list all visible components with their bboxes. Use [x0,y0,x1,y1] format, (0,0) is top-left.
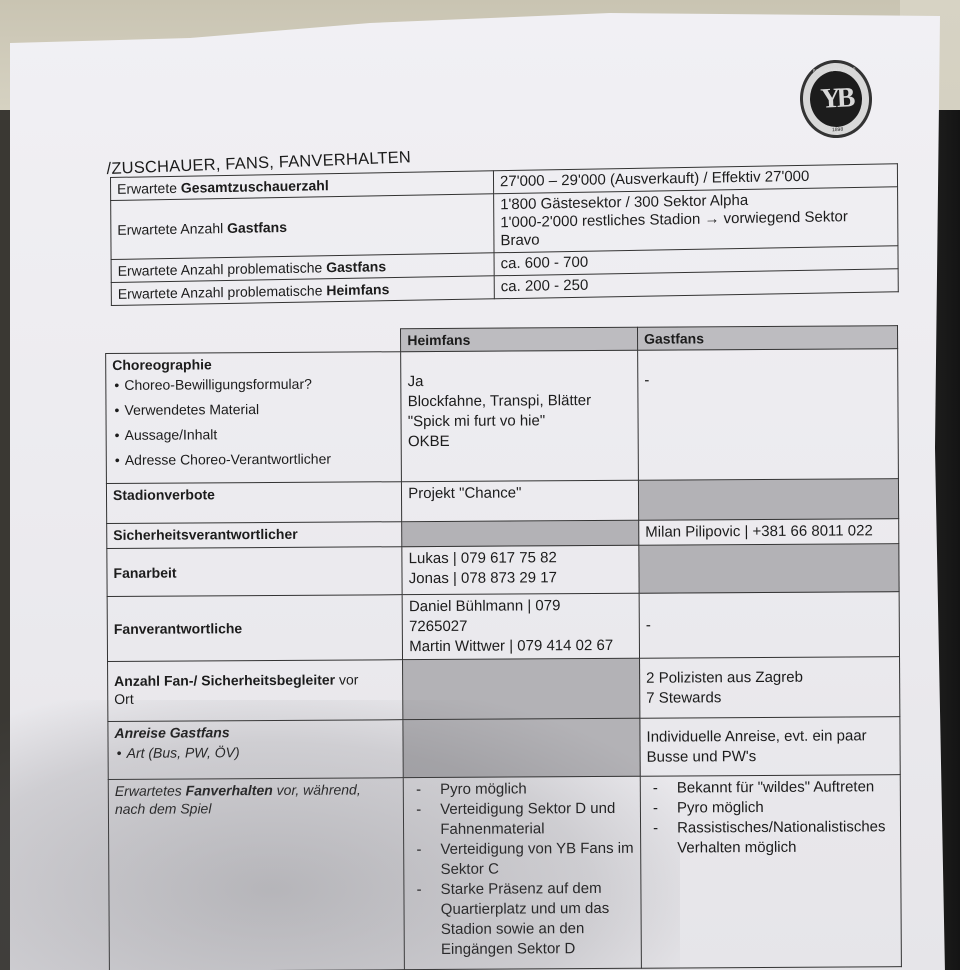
fans-table: Heimfans Gastfans Choreographie Choreo-B… [105,325,902,970]
table-row-begleiter: Anzahl Fan-/ Sicherheitsbegleiter vor Or… [108,657,900,722]
gastfans-value: - [638,349,899,481]
heimfans-value: Ja Blockfahne, Transpi, Blätter "Spick m… [401,350,639,481]
logo-monogram: YB [809,70,864,129]
heimfans-value: Lukas | 079 617 75 82 Jonas | 078 873 29… [402,545,639,594]
gastfans-value: Individuelle Anreise, evt. ein paar Buss… [640,717,900,777]
gastfans-value: - [639,592,899,659]
heimfans-value: Projekt "Chance" [402,480,639,521]
list-item: Starke Präsenz auf dem Quartierplatz und… [411,879,635,960]
heimfans-value [403,718,640,777]
list-item: Rassistisches/Nationalistisches Verhalte… [647,817,894,859]
row-label: Erwartete Anzahl Gastfans [111,194,494,260]
heimfans-value: Daniel Bühlmann | 079 7265027 Martin Wit… [402,593,639,659]
heimfans-value [402,520,639,546]
row-label: Erwartetes Fanverhalten vor, während, na… [108,778,404,970]
row-label: Anreise Gastfans Art (Bus, PW, ÖV) [108,720,404,780]
header-empty [106,329,401,354]
row-label: Stadionverbote [106,482,401,524]
list-item: Verteidigung Sektor D und Fahnenmaterial [410,799,634,840]
summary-table: Erwartete Gesamtzuschauerzahl 27'000 – 2… [110,163,899,306]
young-boys-club-crest-icon: BSC YOUNG BOYS YB 1898 [798,58,874,140]
table-row-anreise: Anreise Gastfans Art (Bus, PW, ÖV) Indiv… [108,717,900,780]
document: BSC YOUNG BOYS YB 1898 /ZUSCHAUER, FANS,… [0,0,960,970]
row-label: Anzahl Fan-/ Sicherheitsbegleiter vor Or… [108,660,404,722]
list-item: Pyro möglich [647,797,894,819]
row-value: 1'800 Gästesektor / 300 Sektor Alpha 1'0… [494,187,898,253]
row-label: Fanverantwortliche [107,595,403,662]
table-row-fanarbeit: Fanarbeit Lukas | 079 617 75 82 Jonas | … [107,544,899,597]
table-row-stadionverbote: Stadionverbote Projekt "Chance" [106,479,898,524]
table-row-choreographie: Choreographie Choreo-Bewilligungsformula… [106,349,899,484]
gastfans-value [638,479,898,521]
list-item: Pyro möglich [410,779,634,800]
gastfans-value: Milan Pilipovic | +381 66 8011 022 [639,519,899,546]
row-label: Fanarbeit [107,547,403,597]
gastfans-value: 2 Polizisten aus Zagreb 7 Stewards [640,657,900,719]
heimfans-value: Pyro möglich Verteidigung Sektor D und F… [403,776,641,969]
logo-year: 1898 [805,125,871,134]
list-item: Bekannt für "wildes" Auftreten [647,777,894,799]
list-item: Verteidigung von YB Fans im Sektor C [410,839,634,880]
table-row-fanverhalten: Erwartetes Fanverhalten vor, während, na… [108,775,901,970]
table-row-fanverantwortliche: Fanverantwortliche Daniel Bühlmann | 079… [107,592,899,662]
heimfans-value [403,658,640,719]
row-label: Choreographie Choreo-Bewilligungsformula… [106,352,402,484]
gastfans-value [639,544,899,594]
header-gastfans: Gastfans [638,326,898,351]
row-label: Sicherheitsverantwortlicher [107,522,402,549]
gastfans-value: Bekannt für "wildes" Auftreten Pyro mögl… [640,775,901,969]
header-heimfans: Heimfans [401,327,638,351]
